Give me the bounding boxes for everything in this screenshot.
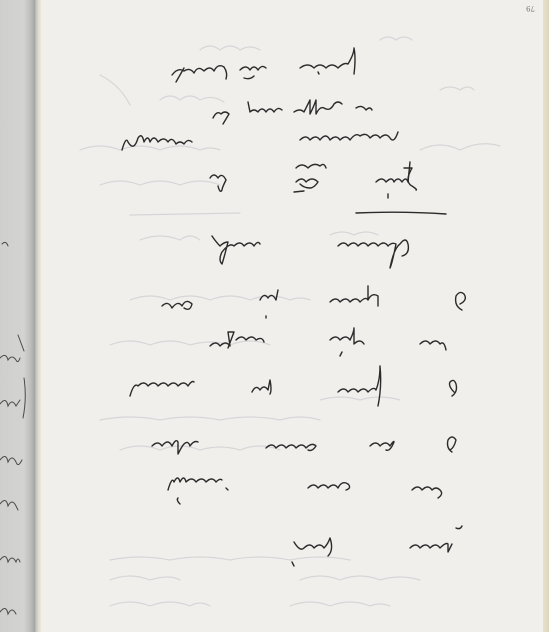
handwritten-line-8 (210, 328, 446, 356)
handwritten-line-1 (172, 48, 355, 82)
separator-line (356, 212, 446, 214)
handwritten-line-2 (213, 100, 372, 124)
handwritten-line-11 (168, 478, 442, 504)
handwriting-main (0, 0, 549, 632)
handwritten-line-9 (130, 366, 457, 406)
handwritten-line-6 (212, 236, 408, 268)
handwritten-line-3 (122, 132, 398, 150)
handwritten-line-7 (162, 286, 465, 318)
handwritten-line-10 (152, 437, 456, 454)
handwritten-line-12 (292, 526, 462, 566)
handwritten-line-4 (210, 162, 417, 198)
